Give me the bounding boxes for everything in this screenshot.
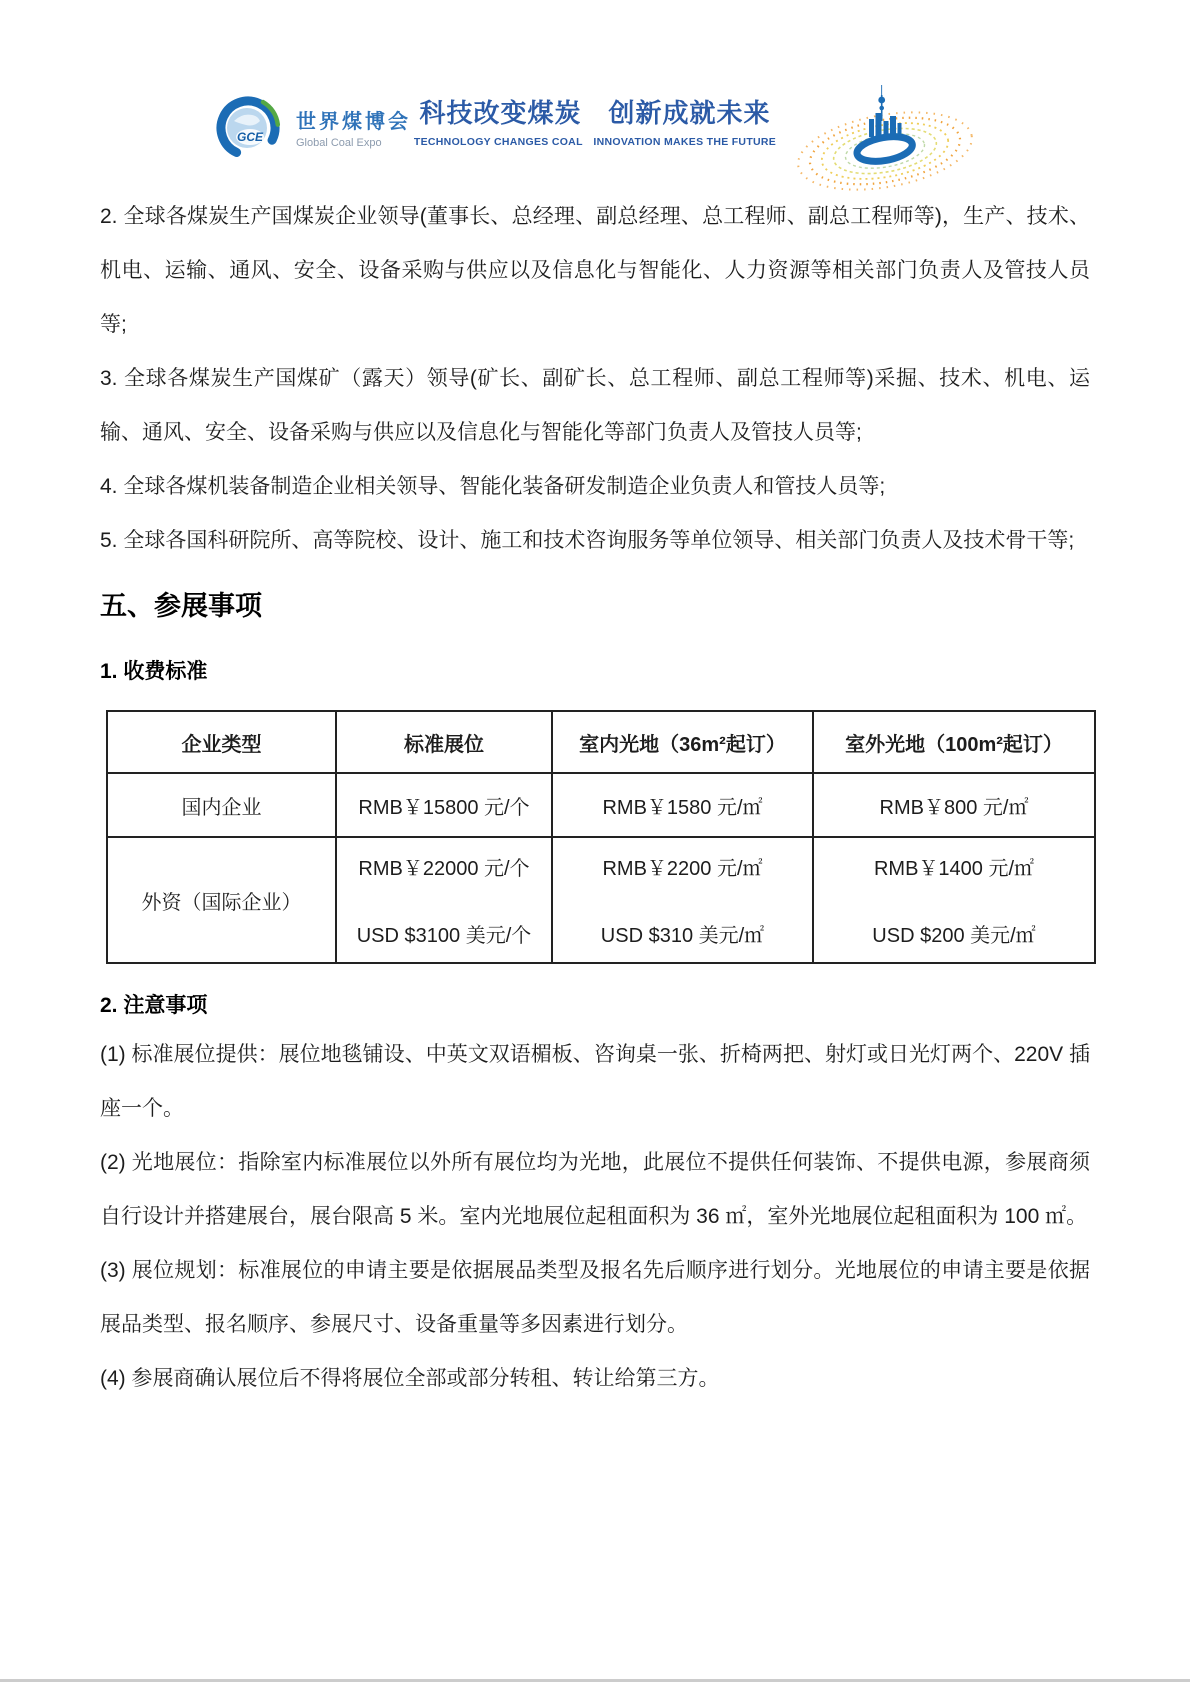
price-line-usd: USD $3100 美元/个 [337,919,551,948]
price-cell: RMB￥1400 元/㎡ USD $200 美元/㎡ [813,837,1095,963]
fee-row-domestic: 国内企业 RMB￥15800 元/个 RMB￥1580 元/㎡ RMB￥800 … [107,773,1095,837]
note-paragraph-4: (4) 参展商确认展位后不得将展位全部或部分转租、转让给第三方。 [100,1352,1090,1406]
city-orbit-icon [785,73,960,193]
city-orbit-logo [785,73,960,198]
price-cell: RMB￥800 元/㎡ [813,773,1095,837]
note-paragraph-3: (3) 展位规划：标准展位的申请主要是依据展品类型及报名先后顺序进行划分。光地展… [100,1244,1090,1352]
document-body: 2. 全球各煤炭生产国煤炭企业领导(董事长、总经理、副总经理、总工程师、副总工程… [100,190,1090,1406]
notes-heading: 2. 注意事项 [100,984,1090,1028]
header-slogan: 科技改变煤炭 创新成就未来 TECHNOLOGY CHANGES COAL IN… [414,93,776,149]
fee-standard-heading: 1. 收费标准 [100,650,1090,694]
price-line-rmb: RMB￥22000 元/个 [337,852,551,881]
price-cell: RMB￥2200 元/㎡ USD $310 美元/㎡ [552,837,813,963]
note-paragraph-1: (1) 标准展位提供：展位地毯铺设、中英文双语楣板、咨询桌一张、折椅两把、射灯或… [100,1028,1090,1136]
fee-row-foreign: 外资（国际企业） RMB￥22000 元/个 USD $3100 美元/个 RM… [107,837,1095,963]
slogan-en: TECHNOLOGY CHANGES COAL INNOVATION MAKES… [414,134,776,149]
price-line-usd: USD $200 美元/㎡ [814,919,1094,948]
price-line: RMB￥800 元/㎡ [814,791,1094,820]
audience-paragraph-5: 5. 全球各国科研院所、高等院校、设计、施工和技术咨询服务等单位领导、相关部门负… [100,514,1090,568]
price-cell: RMB￥22000 元/个 USD $3100 美元/个 [336,837,552,963]
price-line: RMB￥1580 元/㎡ [553,791,812,820]
fee-table: 企业类型 标准展位 室内光地（36m²起订） 室外光地（100m²起订） 国内企… [106,710,1096,964]
fee-table-header-row: 企业类型 标准展位 室内光地（36m²起订） 室外光地（100m²起订） [107,711,1095,773]
section-title-exhibition: 五、参展事项 [100,582,1090,630]
document-page: GCE 世界煤博会 Global Coal Expo 科技改变煤炭 创新成就未来… [0,0,1190,1682]
company-type-cell: 国内企业 [107,773,336,837]
audience-paragraph-4: 4. 全球各煤机装备制造企业相关领导、智能化装备研发制造企业负责人和管技人员等; [100,460,1090,514]
note-paragraph-2: (2) 光地展位：指除室内标准展位以外所有展位均为光地，此展位不提供任何装饰、不… [100,1136,1090,1244]
gce-acronym: GCE [237,130,264,144]
company-type-cell: 外资（国际企业） [107,837,336,963]
price-line: RMB￥15800 元/个 [337,791,551,820]
gce-logo: GCE 世界煤博会 Global Coal Expo [212,91,411,163]
logo-title-en: Global Coal Expo [296,137,411,149]
audience-paragraph-2: 2. 全球各煤炭生产国煤炭企业领导(董事长、总经理、副总经理、总工程师、副总工程… [100,190,1090,352]
price-line-rmb: RMB￥2200 元/㎡ [553,852,812,881]
logo-title-cn: 世界煤博会 [296,105,411,134]
globe-icon: GCE [212,91,284,163]
col-header-company-type: 企业类型 [107,711,336,773]
price-line-usd: USD $310 美元/㎡ [553,919,812,948]
col-header-outdoor-space: 室外光地（100m²起订） [813,711,1095,773]
slogan-cn: 科技改变煤炭 创新成就未来 [414,93,776,130]
gce-logo-text: 世界煤博会 Global Coal Expo [296,105,411,149]
price-cell: RMB￥15800 元/个 [336,773,552,837]
audience-paragraph-3: 3. 全球各煤炭生产国煤矿（露天）领导(矿长、副矿长、总工程师、副总工程师等)采… [100,352,1090,460]
price-line-rmb: RMB￥1400 元/㎡ [814,852,1094,881]
col-header-indoor-space: 室内光地（36m²起订） [552,711,813,773]
col-header-standard-booth: 标准展位 [336,711,552,773]
price-cell: RMB￥1580 元/㎡ [552,773,813,837]
document-header: GCE 世界煤博会 Global Coal Expo 科技改变煤炭 创新成就未来… [100,85,1090,190]
